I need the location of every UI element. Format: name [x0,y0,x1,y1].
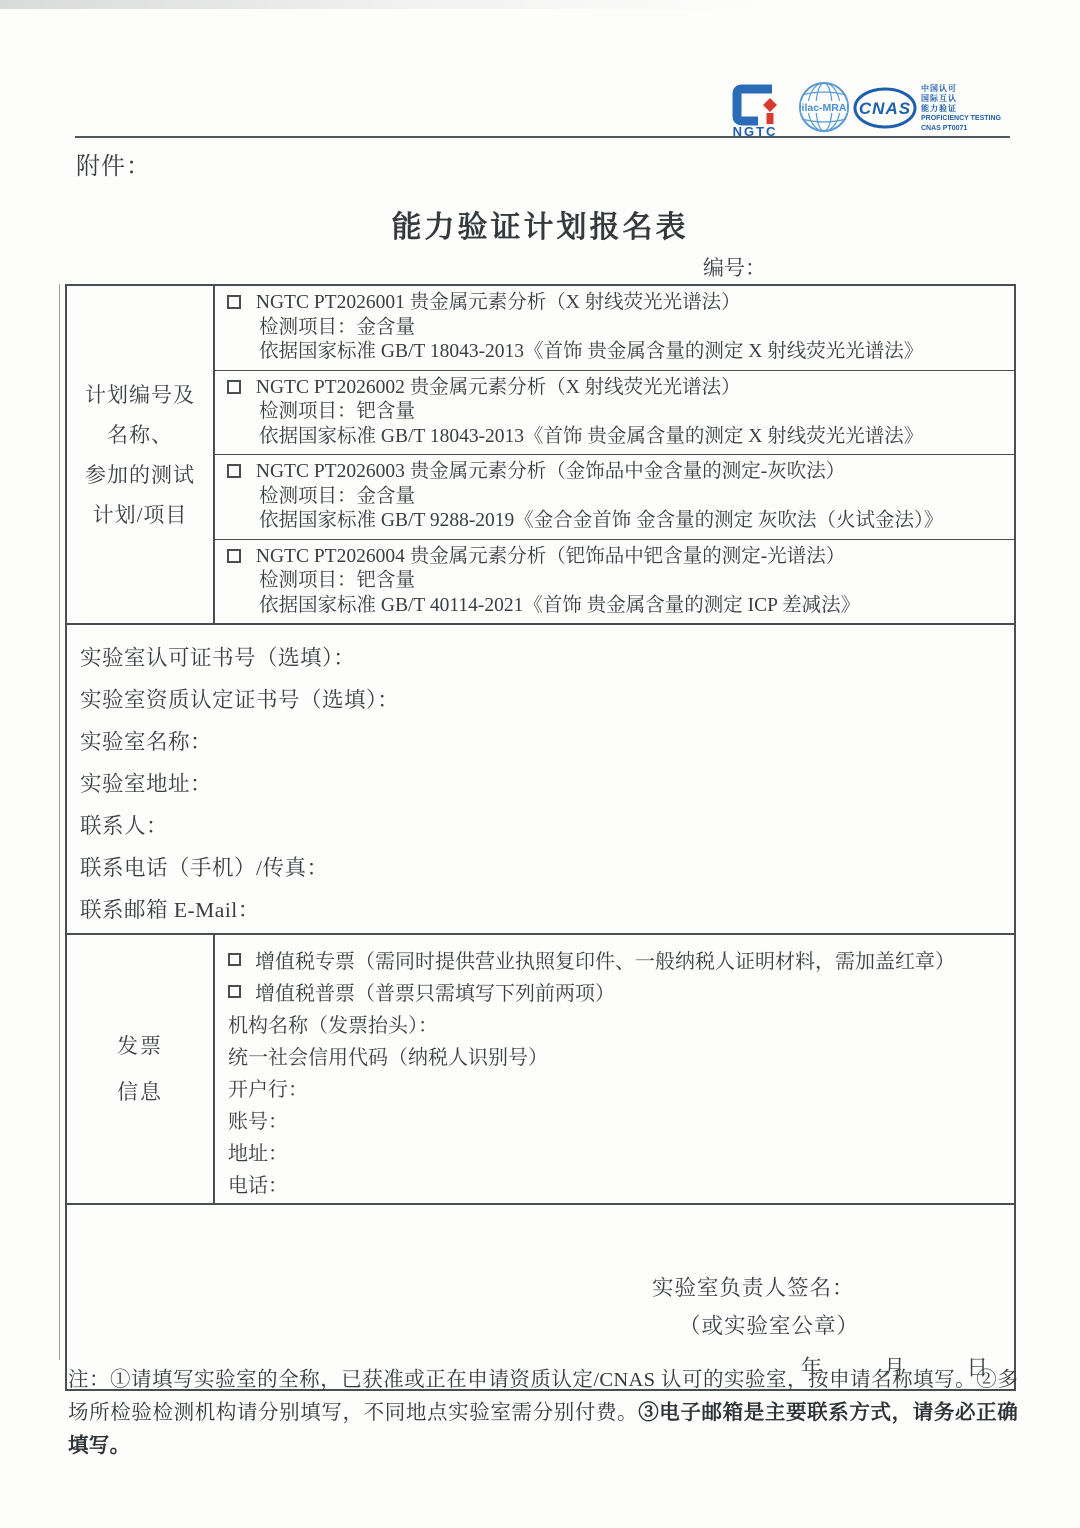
invoice-bank-field[interactable]: 开户行： [228,1071,1006,1103]
ilac-mra-logo-icon: ilac-MRA [797,80,851,139]
invoice-body: 增值税专票（需同时提供营业执照复印件、一般纳税人证明材料，需加盖红章） 增值税普… [215,935,1014,1203]
contact-email-field[interactable]: 联系邮箱 E-Mail： [80,887,1004,929]
plans-header-line: 名称、 [107,415,173,455]
plans-section: 计划编号及 名称、 参加的测试 计划/项目 NGTC PT2026001 贵金属… [67,286,1014,625]
plan-test-item: 检测项目：钯含量 [227,569,1006,594]
plan-rows: NGTC PT2026001 贵金属元素分析（X 射线荧光光谱法） 检测项目：金… [215,286,1014,623]
signature-section: 实验室负责人签名： （或实验室公章） 年 月 日 [67,1205,1014,1389]
invoice-special-label: 增值税专票（需同时提供营业执照复印件、一般纳税人证明材料，需加盖红章） [255,945,955,974]
invoice-special-option: 增值税专票（需同时提供营业执照复印件、一般纳税人证明材料，需加盖红章） [228,943,1006,975]
footnotes: 注：①请填写实验室的全称，已获准或正在申请资质认定/CNAS 认可的实验室，按申… [68,1364,1018,1463]
table-row: NGTC PT2026004 贵金属元素分析（钯饰品中钯含量的测定-光谱法） 检… [215,540,1014,624]
plan-standard: 依据国家标准 GB/T 18043-2013《首饰 贵金属含量的测定 X 射线荧… [227,425,1006,450]
invoice-account-field[interactable]: 账号： [228,1103,1006,1135]
plan-checkbox-icon[interactable] [227,464,241,478]
plans-header-line: 计划/项目 [93,495,188,535]
plan-title-line: NGTC PT2026001 贵金属元素分析（X 射线荧光光谱法） [227,291,1006,316]
invoice-section: 发票 信息 增值税专票（需同时提供营业执照复印件、一般纳税人证明材料，需加盖红章… [67,935,1014,1205]
invoice-address-field[interactable]: 地址： [228,1135,1006,1167]
attachment-label: 附件： [76,146,151,181]
cnas-logo-text: CNAS [859,99,911,118]
lab-name-field[interactable]: 实验室名称： [80,719,1004,761]
invoice-org-name-field[interactable]: 机构名称（发票抬头）： [228,1007,1006,1039]
invoice-special-checkbox-icon[interactable] [228,953,241,966]
accreditation-line: 中国认可 [921,84,1001,94]
lab-info-section: 实验室认可证书号（选填）： 实验室资质认定证书号（选填）： 实验室名称： 实验室… [67,625,1014,935]
serial-number-label: 编号： [703,252,766,282]
contact-phone-fax-field[interactable]: 联系电话（手机）/传真： [80,845,1004,887]
accreditation-line: 国际互认 [921,94,1001,104]
scan-artifact [0,0,760,9]
invoice-row-header: 发票 信息 [67,935,215,1203]
ngtc-logo-icon: NGTC [725,80,785,143]
invoice-general-label: 增值税普票（普票只需填写下列前两项） [255,977,615,1006]
plan-checkbox-icon[interactable] [227,549,241,563]
invoice-header-line: 信息 [117,1069,163,1115]
seal-label: （或实验室公章） [679,1309,859,1340]
registration-form-table: 计划编号及 名称、 参加的测试 计划/项目 NGTC PT2026001 贵金属… [65,284,1016,1391]
table-row: NGTC PT2026002 贵金属元素分析（X 射线荧光光谱法） 检测项目：钯… [215,371,1014,456]
plan-title-line: NGTC PT2026003 贵金属元素分析（金饰品中金含量的测定-灰吹法） [227,460,1006,485]
plans-header-line: 计划编号及 [85,375,195,415]
invoice-general-option: 增值税普票（普票只需填写下列前两项） [228,975,1006,1007]
plan-standard: 依据国家标准 GB/T 40114-2021《首饰 贵金属含量的测定 ICP 差… [227,594,1006,619]
accreditation-line: PROFICIENCY TESTING [921,114,1001,124]
cnas-logo-icon: CNAS [853,86,917,135]
lab-accreditation-cert-field[interactable]: 实验室认可证书号（选填）： [80,635,1004,677]
plan-checkbox-icon[interactable] [227,380,241,394]
plan-title: NGTC PT2026002 贵金属元素分析（X 射线荧光光谱法） [256,377,741,398]
plan-test-item: 检测项目：金含量 [227,485,1006,510]
plan-test-item: 检测项目：金含量 [227,316,1006,341]
plan-checkbox-icon[interactable] [227,295,241,309]
page-title: 能力验证计划报名表 [0,202,1080,246]
lab-address-field[interactable]: 实验室地址： [80,761,1004,803]
accreditation-text-block: 中国认可 国际互认 能力验证 PROFICIENCY TESTING CNAS … [921,84,1001,134]
plans-header-line: 参加的测试 [85,455,195,495]
plan-title: NGTC PT2026003 贵金属元素分析（金饰品中金含量的测定-灰吹法） [256,461,845,482]
ilac-mra-logo-text: ilac-MRA [802,102,847,114]
scanned-form-page: NGTC ilac-MRA CNAS 中国认可 国际互认 能力验证 PROFIC… [0,0,1080,1528]
invoice-credit-code-field[interactable]: 统一社会信用代码（纳税人识别号） [228,1039,1006,1071]
contact-person-field[interactable]: 联系人： [80,803,1004,845]
plan-standard: 依据国家标准 GB/T 18043-2013《首饰 贵金属含量的测定 X 射线荧… [227,340,1006,365]
plan-standard: 依据国家标准 GB/T 9288-2019《金合金首饰 金含量的测定 灰吹法（火… [227,509,1006,534]
plan-title-line: NGTC PT2026002 贵金属元素分析（X 射线荧光光谱法） [227,376,1006,401]
signer-label: 实验室负责人签名： [652,1271,855,1302]
accreditation-line: CNAS PT0071 [921,124,1001,134]
plans-row-header: 计划编号及 名称、 参加的测试 计划/项目 [67,286,215,623]
header-logos: NGTC ilac-MRA CNAS 中国认可 国际互认 能力验证 PROFIC… [725,80,1025,142]
invoice-phone-field[interactable]: 电话： [228,1167,1006,1199]
plan-test-item: 检测项目：钯含量 [227,400,1006,425]
invoice-general-checkbox-icon[interactable] [228,985,241,998]
table-row: NGTC PT2026001 贵金属元素分析（X 射线荧光光谱法） 检测项目：金… [215,286,1014,371]
scan-edge-line [59,284,60,1360]
invoice-header-line: 发票 [117,1023,163,1069]
header-divider [75,136,1010,138]
lab-qualification-cert-field[interactable]: 实验室资质认定证书号（选填）： [80,677,1004,719]
plan-title: NGTC PT2026001 贵金属元素分析（X 射线荧光光谱法） [256,292,741,313]
table-row: NGTC PT2026003 贵金属元素分析（金饰品中金含量的测定-灰吹法） 检… [215,455,1014,540]
accreditation-line: 能力验证 [921,104,1001,114]
plan-title-line: NGTC PT2026004 贵金属元素分析（钯饰品中钯含量的测定-光谱法） [227,545,1006,570]
plan-title: NGTC PT2026004 贵金属元素分析（钯饰品中钯含量的测定-光谱法） [256,546,845,567]
